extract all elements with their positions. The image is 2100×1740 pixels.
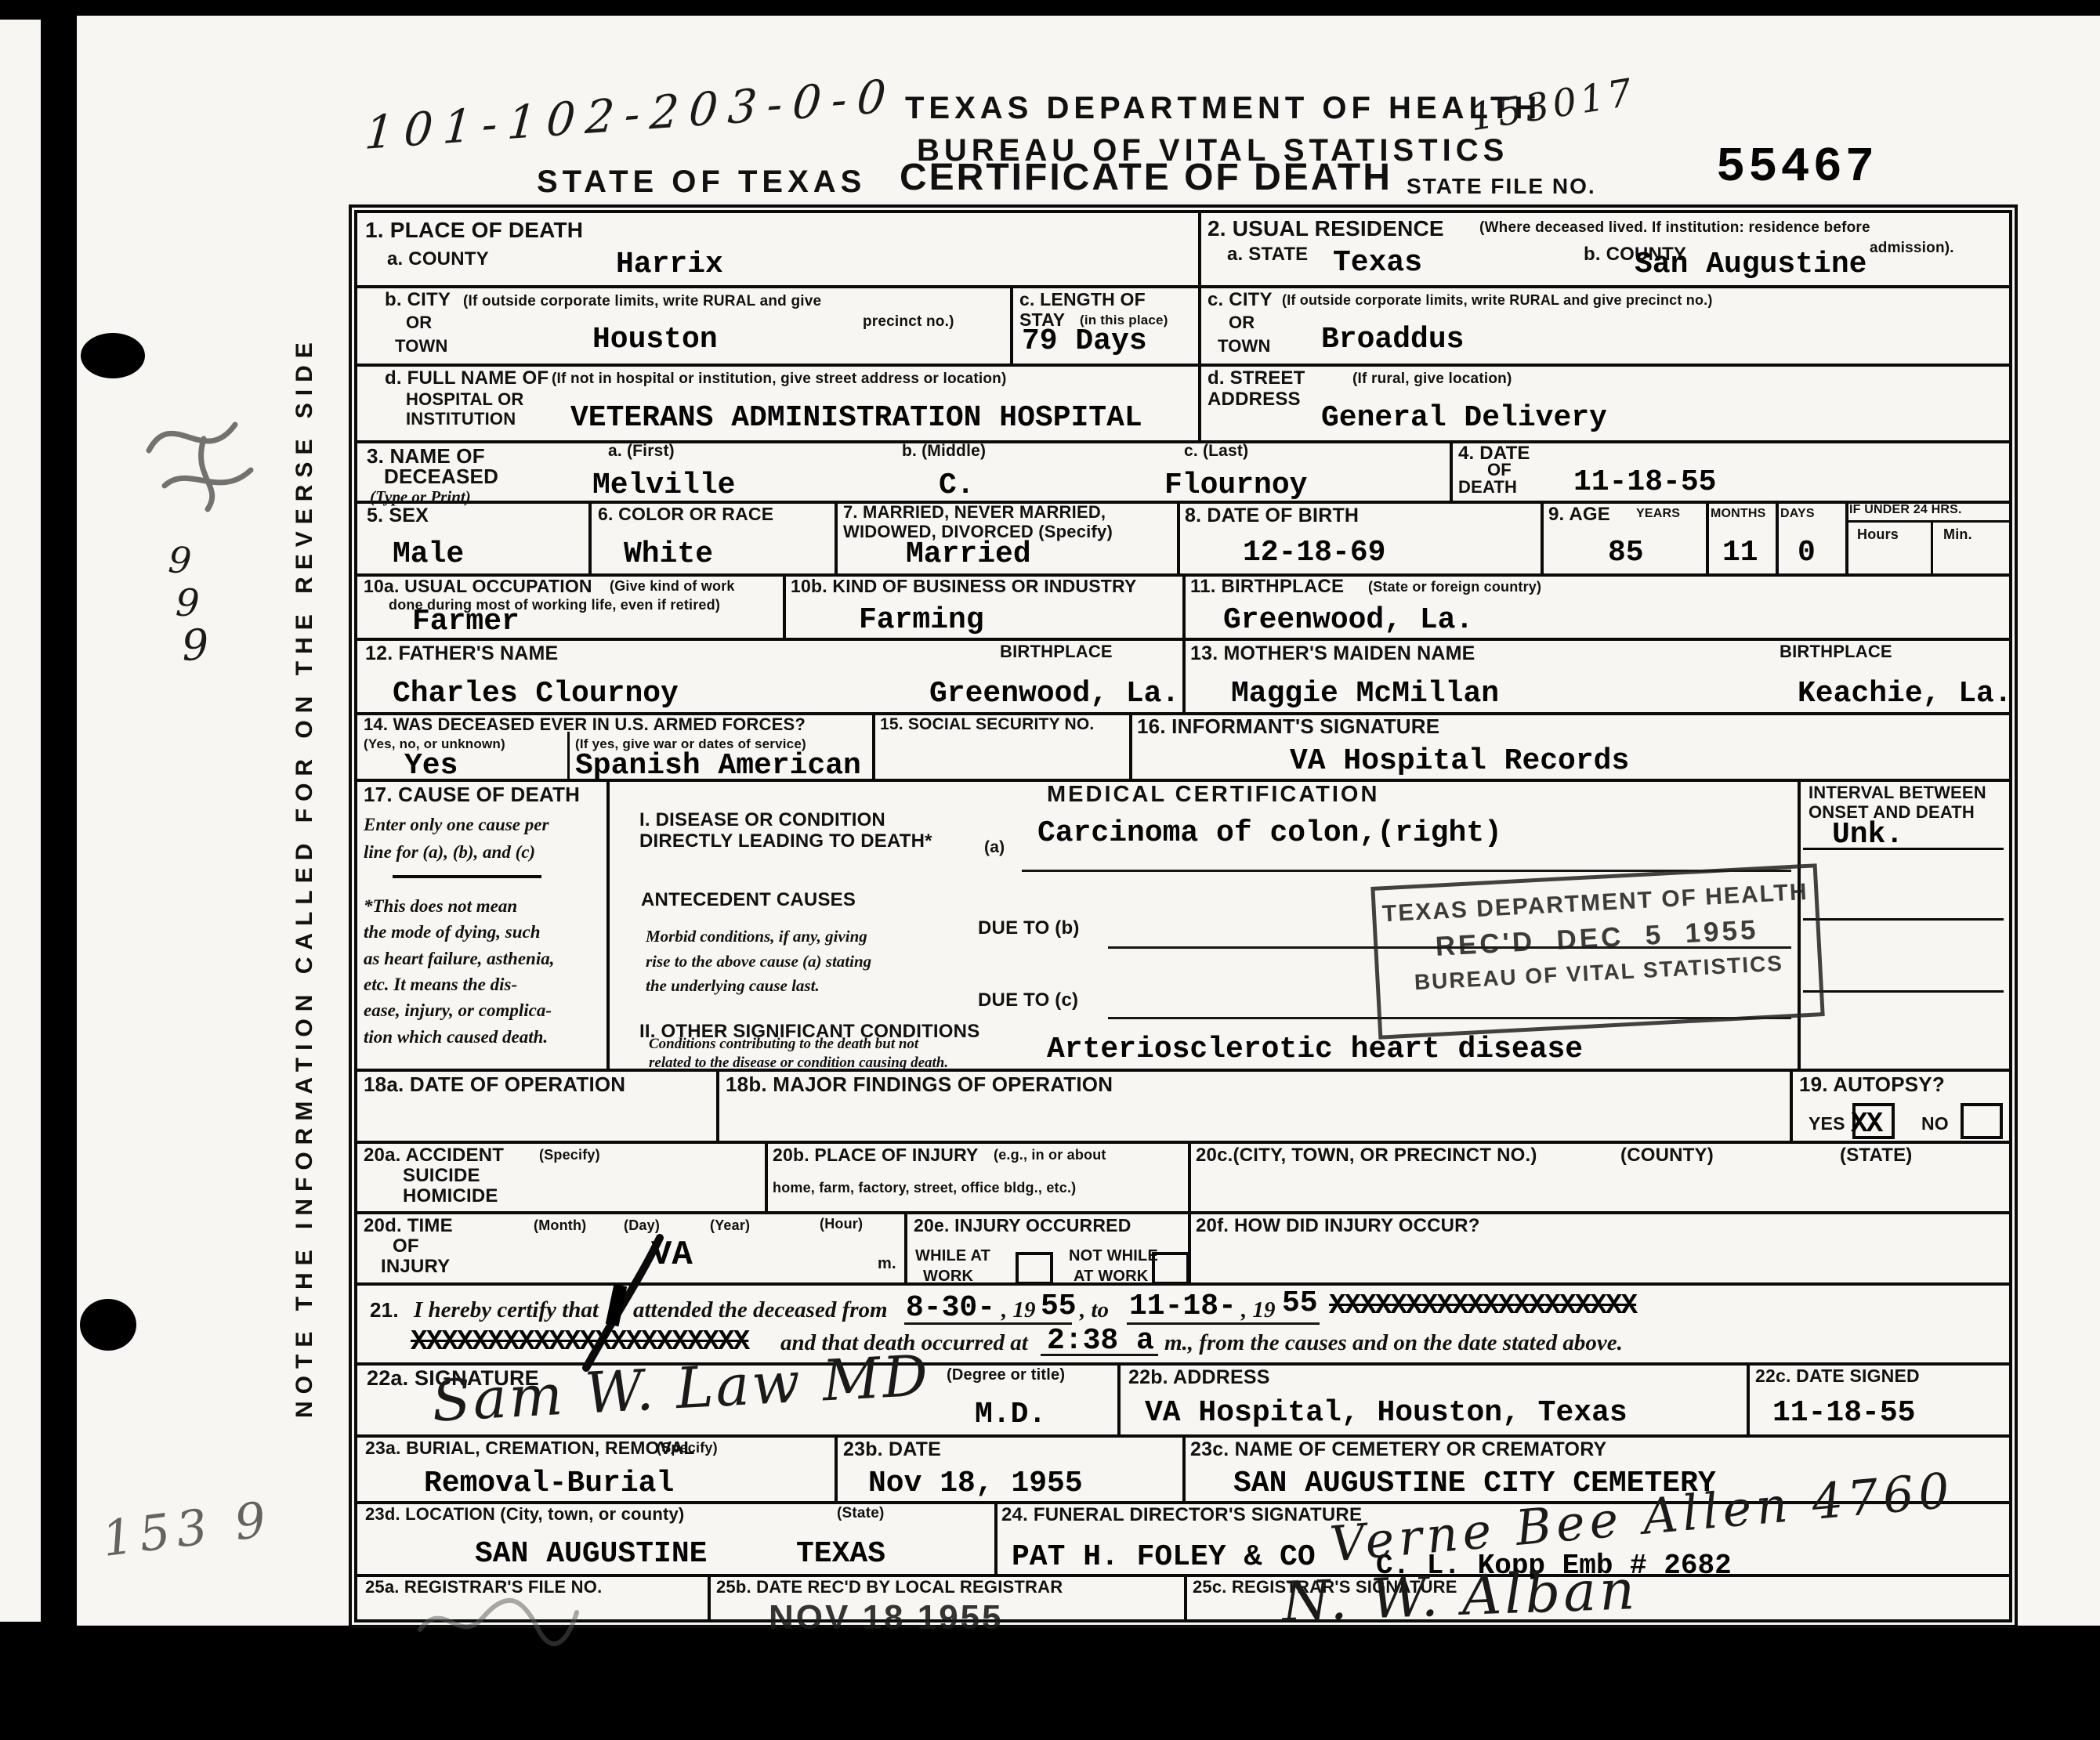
degree-or-title-label: (Degree or title)	[947, 1366, 1065, 1384]
time-of-injury-label3: INJURY	[381, 1257, 450, 1278]
last-name-value: Flournoy	[1164, 468, 1307, 502]
informant-value: VA Hospital Records	[1290, 744, 1629, 778]
date-of-death-value: 11-18-55	[1573, 465, 1716, 499]
accident-specify-note: (Specify)	[539, 1147, 600, 1163]
injury-state-label: (STATE)	[1840, 1145, 1913, 1167]
grid-line	[994, 1501, 997, 1574]
city-or-label: OR	[406, 313, 432, 333]
while-at-work-checkbox	[1016, 1252, 1053, 1285]
state-file-number: 55467	[1716, 139, 1877, 195]
residence-city-town: TOWN	[1218, 337, 1271, 356]
grid-line	[1790, 1069, 1793, 1141]
state-file-no-label: STATE FILE NO.	[1407, 174, 1596, 198]
date-of-operation-label: 18a. DATE OF OPERATION	[364, 1073, 625, 1096]
death-time-value: 2:38 a	[1047, 1324, 1154, 1358]
injury-county-label: (COUNTY)	[1620, 1145, 1714, 1167]
degree-value: M.D.	[975, 1398, 1046, 1431]
grid-line	[1182, 1434, 1186, 1501]
autopsy-no-label: NO	[1921, 1114, 1949, 1134]
grid-line	[357, 285, 2009, 288]
cause-divider	[393, 875, 541, 878]
sex-label: 5. SEX	[367, 505, 429, 526]
other-conditions-note2: related to the disease or condition caus…	[649, 1054, 948, 1072]
hospital-label: d. FULL NAME OF	[385, 368, 549, 389]
certify-19-a: , 19	[1001, 1297, 1036, 1323]
grid-line	[835, 1434, 838, 1501]
middle-name-value: C.	[939, 468, 975, 502]
time-of-injury-label2: OF	[393, 1236, 419, 1257]
scanned-death-certificate: { "header": { "hw_code": "101-102-203-0-…	[0, 0, 2100, 1740]
grid-line	[357, 364, 2009, 367]
place-of-injury-note1: (e.g., in or about	[994, 1147, 1106, 1163]
usual-residence-note: (Where deceased lived. If institution: r…	[1479, 219, 1870, 236]
residence-city-note: (If outside corporate limits, write RURA…	[1282, 292, 1713, 308]
grid-line	[872, 712, 875, 779]
grid-line	[1931, 520, 1933, 573]
grid-line	[1803, 918, 2004, 921]
medical-certification-heading: MEDICAL CERTIFICATION	[1047, 782, 1379, 807]
how-did-injury-occur-label: 20f. HOW DID INJURY OCCUR?	[1196, 1216, 1480, 1237]
color-or-race-label: 6. COLOR OR RACE	[598, 505, 773, 525]
state-of-texas-heading: STATE OF TEXAS	[537, 165, 866, 200]
hole-punch-bottom	[80, 1299, 136, 1351]
due-to-b-label: DUE TO (b)	[978, 918, 1080, 939]
reverse-side-note: NOTE THE INFORMATION CALLED FOR ON THE R…	[291, 335, 318, 1418]
while-at-work-label2: WORK	[923, 1268, 973, 1285]
cause-enter-note: Enter only one cause per line for (a), (…	[364, 812, 549, 866]
burial-location-city-value: SAN AUGUSTINE	[475, 1537, 707, 1571]
burial-location-label: 23d. LOCATION (City, town, or county)	[365, 1505, 684, 1525]
grid-line	[1450, 440, 1453, 501]
grid-line	[708, 1574, 711, 1619]
ssn-label: 15. SOCIAL SECURITY NO.	[880, 715, 1094, 734]
under-24-label: IF UNDER 24 HRS.	[1849, 503, 1962, 517]
burial-label: 23a. BURIAL, CREMATION, REMOVAL	[365, 1438, 695, 1459]
certify-text-1: I hereby certify that	[414, 1297, 599, 1323]
margin-handwritten-nine-1: 9	[167, 538, 193, 582]
grid-line	[1803, 990, 2004, 993]
physician-address-value: VA Hospital, Houston, Texas	[1145, 1396, 1627, 1430]
birthplace-value: Greenwood, La.	[1223, 603, 1473, 637]
scan-left-sliver	[0, 20, 41, 1622]
age-months-label: MONTHS	[1711, 507, 1766, 521]
autopsy-no-checkbox	[1961, 1103, 2003, 1139]
grid-line	[357, 1574, 2009, 1577]
grid-line	[567, 732, 570, 779]
margin-handwritten-nine-3: 9	[180, 620, 210, 671]
injury-m-label: m.	[878, 1255, 896, 1272]
burial-location-state-label: (State)	[837, 1505, 885, 1521]
age-years-label: YEARS	[1636, 507, 1680, 521]
informant-label: 16. INFORMANT'S SIGNATURE	[1137, 715, 1439, 738]
date-recd-stamp-value: NOV 18 1955	[769, 1598, 1004, 1637]
major-findings-label: 18b. MAJOR FINDINGS OF OPERATION	[726, 1073, 1113, 1096]
county-label: a. COUNTY	[387, 249, 489, 270]
place-of-death-label: 1. PLACE OF DEATH	[365, 218, 583, 242]
death-time-underline	[1041, 1354, 1158, 1356]
age-years-value: 85	[1608, 536, 1644, 570]
birthplace-label: 11. BIRTHPLACE	[1190, 577, 1344, 598]
age-days-label: DAYS	[1780, 507, 1815, 521]
certificate-title: CERTIFICATE OF DEATH	[900, 157, 1392, 199]
margin-handwritten-nine-2: 9	[175, 581, 200, 625]
strikeout-text-1: XXXXXXXXXXXXXXXXXXXX	[1329, 1290, 1636, 1322]
residence-state-value: Texas	[1333, 246, 1422, 280]
usual-residence-label: 2. USUAL RESIDENCE	[1207, 216, 1444, 241]
injury-year-label: (Year)	[710, 1217, 750, 1233]
disease-condition-label: I. DISEASE OR CONDITION DIRECTLY LEADING…	[639, 810, 932, 852]
business-value: Farming	[859, 603, 984, 637]
attended-to-date: 11-18-	[1129, 1290, 1236, 1323]
department-title-line1: TEXAS DEPARTMENT OF HEALTH	[905, 91, 1541, 126]
hospital-note: (If not in hospital or institution, give…	[552, 371, 1006, 387]
autopsy-yes-mark: XX	[1851, 1108, 1881, 1140]
occupation-value: Farmer	[412, 605, 520, 638]
residence-city-value: Broaddus	[1321, 323, 1464, 356]
residence-city-label: c. CITY	[1207, 290, 1273, 311]
occupation-label: 10a. USUAL OCCUPATION	[364, 577, 592, 597]
other-conditions-note1: Conditions contributing to the death but…	[649, 1036, 918, 1053]
grid-line	[1184, 1574, 1187, 1619]
while-at-work-label1: WHILE AT	[915, 1247, 990, 1264]
accident-label: 20a. ACCIDENT	[364, 1145, 504, 1167]
armed-forces-war-value: Spanish American	[575, 749, 861, 783]
marital-status-label: 7. MARRIED, NEVER MARRIED, WIDOWED, DIVO…	[843, 503, 1113, 541]
injury-hour-label: (Hour)	[820, 1216, 863, 1232]
sex-value: Male	[393, 537, 464, 571]
burial-date-value: Nov 18, 1955	[868, 1467, 1083, 1500]
grid-line	[1747, 1362, 1750, 1434]
illegible-scribble	[129, 392, 294, 525]
grid-line	[1845, 501, 1848, 573]
funeral-director-label: 24. FUNERAL DIRECTOR'S SIGNATURE	[1001, 1505, 1362, 1526]
mother-birthplace-value: Keachie, La.	[1798, 677, 2012, 711]
father-name-value: Charles Clournoy	[393, 677, 679, 711]
grid-line	[357, 1211, 2009, 1214]
first-name-value: Melville	[592, 468, 735, 502]
length-of-stay-value: 79 Days	[1022, 324, 1147, 358]
place-of-injury-label: 20b. PLACE OF INJURY	[773, 1145, 979, 1166]
attended-from-year: 55	[1041, 1290, 1077, 1323]
residence-city-or: OR	[1229, 313, 1255, 333]
date-of-birth-value: 12-18-69	[1243, 536, 1385, 570]
strikeout-text-2: XXXXXXXXXXXXXXXXXXXXXX	[411, 1326, 748, 1358]
date-recd-label: 25b. DATE REC'D BY LOCAL REGISTRAR	[716, 1578, 1063, 1597]
date-signed-label: 22c. DATE SIGNED	[1755, 1366, 1920, 1387]
mother-name-value: Maggie McMillan	[1231, 677, 1499, 711]
other-conditions-value: Arteriosclerotic heart disease	[1047, 1033, 1583, 1066]
grid-line	[1188, 1141, 1191, 1211]
attended-from-date: 8-30-	[906, 1291, 995, 1325]
place-of-injury-note2: home, farm, factory, street, office bldg…	[773, 1180, 1076, 1196]
first-name-label: a. (First)	[608, 442, 675, 461]
date-of-death-label3: DEATH	[1458, 478, 1517, 497]
injury-occurred-label: 20e. INJURY OCCURRED	[914, 1216, 1131, 1236]
suicide-label: SUICIDE	[403, 1166, 480, 1187]
cause-mode-note: *This does not mean the mode of dying, s…	[364, 893, 554, 1050]
cause-of-death-label: 17. CAUSE OF DEATH	[364, 783, 580, 806]
father-name-label: 12. FATHER'S NAME	[365, 642, 558, 664]
grid-line	[1182, 573, 1186, 638]
certify-19-b: , 19	[1241, 1297, 1276, 1323]
under-24-hours-label: Hours	[1857, 526, 1899, 542]
injury-city-label: 20c.(CITY, TOWN, OR PRECINCT NO.)	[1196, 1145, 1537, 1167]
cause-a-value: Carcinoma of colon,(right)	[1037, 816, 1502, 850]
injury-month-label: (Month)	[534, 1217, 586, 1233]
not-while-at-work-checkbox	[1152, 1252, 1189, 1285]
certificate-table: 1. PLACE OF DEATH a. COUNTY Harrix b. CI…	[354, 210, 2012, 1622]
grid-line	[1129, 712, 1132, 779]
cemetery-label: 23c. NAME OF CEMETERY OR CREMATORY	[1190, 1438, 1606, 1460]
autopsy-yes-label: YES	[1809, 1114, 1845, 1134]
city-label: b. CITY	[385, 290, 451, 311]
father-birthplace-label: BIRTHPLACE	[1000, 642, 1113, 662]
street-address-value: General Delivery	[1321, 401, 1607, 435]
grid-line	[904, 1211, 907, 1282]
armed-forces-label: 14. WAS DECEASED EVER IN U.S. ARMED FORC…	[364, 715, 806, 735]
date-signed-value: 11-18-55	[1772, 1396, 1915, 1430]
interval-label: INTERVAL BETWEEN ONSET AND DEATH	[1809, 783, 1986, 822]
occupation-note1: (Give kind of work	[610, 578, 735, 594]
grid-line	[1845, 520, 2009, 523]
burial-location-state-value: TEXAS	[796, 1537, 885, 1571]
autopsy-label: 19. AUTOPSY?	[1799, 1073, 1945, 1096]
grid-line	[357, 1141, 2009, 1144]
date-of-birth-label: 8. DATE OF BIRTH	[1185, 505, 1359, 526]
city-town-label: TOWN	[395, 337, 448, 356]
county-value: Harrix	[616, 248, 723, 281]
grid-line	[716, 1069, 719, 1141]
received-stamp: TEXAS DEPARTMENT OF HEALTH REC'D DEC 5 1…	[1370, 863, 1824, 1040]
grid-line	[1010, 285, 1013, 364]
grid-line	[1198, 213, 1201, 440]
street-address-note: (If rural, give location)	[1352, 371, 1512, 387]
grid-line	[783, 573, 786, 638]
grid-line	[357, 1069, 2009, 1072]
certify-number: 21.	[370, 1299, 399, 1322]
interval-value: Unk.	[1832, 818, 1903, 852]
grid-line	[765, 1141, 768, 1211]
grid-line	[1706, 501, 1709, 573]
residence-county-value: San Augustine	[1635, 248, 1866, 281]
grid-line	[835, 501, 838, 573]
registrar-file-scribble	[412, 1583, 585, 1653]
name-of-deceased-label2: DECEASED	[384, 465, 498, 488]
time-of-injury-label: 20d. TIME	[364, 1216, 453, 1237]
business-label: 10b. KIND OF BUSINESS OR INDUSTRY	[791, 577, 1137, 597]
marital-status-value: Married	[906, 537, 1031, 571]
birthplace-note: (State or foreign country)	[1368, 579, 1541, 595]
morbid-note: Morbid conditions, if any, giving rise t…	[646, 924, 871, 999]
injury-day-label: (Day)	[624, 1217, 660, 1233]
mother-name-label: 13. MOTHER'S MAIDEN NAME	[1190, 642, 1475, 664]
physician-address-label: 22b. ADDRESS	[1128, 1366, 1270, 1388]
father-birthplace-value: Greenwood, La.	[929, 677, 1179, 711]
burial-specify-note: (Specify)	[657, 1440, 718, 1456]
grid-line	[1177, 501, 1180, 573]
due-to-c-label: DUE TO (c)	[978, 990, 1078, 1011]
usual-residence-note2: admission).	[1870, 240, 1954, 256]
grid-line	[1182, 638, 1186, 712]
residence-state-label: a. STATE	[1227, 244, 1308, 266]
city-note: (If outside corporate limits, write RURA…	[463, 293, 821, 309]
grid-line	[357, 440, 2009, 443]
not-while-at-work-label1: NOT WHILE	[1069, 1247, 1158, 1264]
color-or-race-value: White	[624, 537, 713, 571]
burial-date-label: 23b. DATE	[843, 1438, 941, 1460]
hospital-label2: HOSPITAL OR INSTITUTION	[406, 390, 524, 429]
hole-punch-top	[81, 333, 145, 378]
age-months-value: 11	[1722, 536, 1758, 570]
to-date-underline	[1127, 1322, 1320, 1325]
grid-line	[1541, 501, 1544, 573]
street-address-label: d. STREET ADDRESS	[1207, 368, 1305, 411]
age-label: 9. AGE	[1548, 505, 1610, 526]
burial-value: Removal-Burial	[424, 1467, 674, 1500]
age-days-value: 0	[1798, 536, 1816, 570]
middle-name-label: b. (Middle)	[902, 442, 986, 461]
under-24-min-label: Min.	[1943, 526, 1972, 542]
last-name-label: c. (Last)	[1184, 442, 1248, 461]
hospital-value: VETERANS ADMINISTRATION HOSPITAL	[570, 401, 1142, 435]
certify-text-2: attended the deceased from	[633, 1297, 888, 1323]
homicide-label: HOMICIDE	[403, 1186, 498, 1207]
not-while-at-work-label2: AT WORK	[1074, 1268, 1148, 1285]
antecedent-causes-label: ANTECEDENT CAUSES	[641, 890, 856, 911]
certify-to-text: , to	[1080, 1297, 1109, 1323]
grid-line	[1776, 501, 1779, 573]
city-note2: precinct no.)	[863, 313, 954, 330]
attended-to-year: 55	[1282, 1286, 1318, 1320]
armed-forces-value: Yes	[404, 749, 458, 783]
registrar-signature: N. W. Alban	[1281, 1557, 1639, 1634]
certify-text-4: m., from the causes and on the date stat…	[1164, 1330, 1623, 1356]
grid-line	[1117, 1362, 1121, 1434]
grid-line	[606, 779, 610, 1069]
city-value: Houston	[592, 323, 718, 356]
cause-a-tag: (a)	[984, 838, 1005, 857]
mother-birthplace-label: BIRTHPLACE	[1780, 642, 1892, 662]
grid-line	[588, 501, 592, 573]
funeral-director-typed: PAT H. FOLEY & CO	[1012, 1540, 1316, 1574]
